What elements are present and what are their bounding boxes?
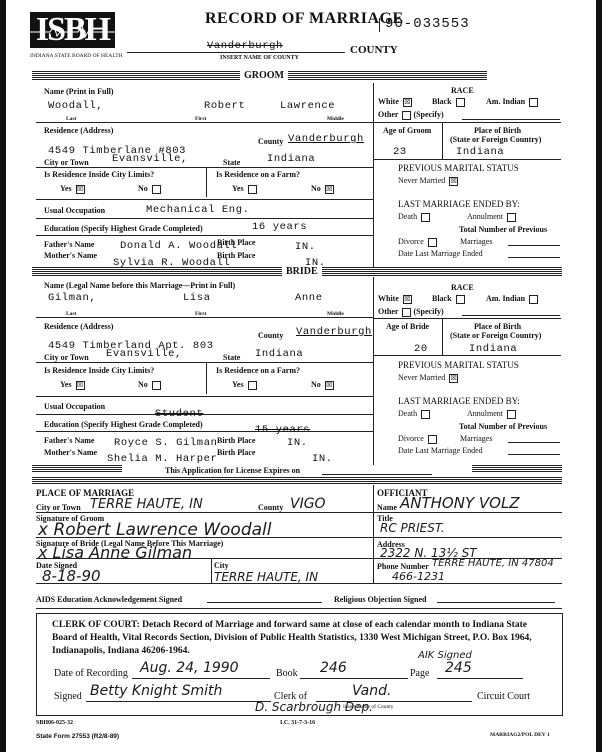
no-label: No [138, 380, 148, 389]
groom-city-limits-label: Is Residence Inside City Limits? [44, 170, 154, 179]
bride-age-label: Age of Bride [386, 322, 429, 331]
rule [86, 701, 271, 702]
checkbox[interactable]: ☒ [325, 185, 334, 194]
race-black-label: Black [432, 294, 452, 303]
bride-race-amindian[interactable]: Am. Indian [486, 294, 538, 304]
annulment-label: Annulment [467, 409, 503, 418]
bride-race-black[interactable]: Black [432, 294, 465, 304]
race-white-label: White [378, 294, 399, 303]
rule [36, 558, 373, 559]
form-code: SBH06-025-32 [36, 719, 73, 728]
birthplace-sub: (State or Foreign Country) [450, 135, 541, 144]
groom-county: Vanderburgh [288, 133, 364, 145]
page-title: RECORD OF MARRIAGE [205, 10, 404, 28]
deputy-signature: D. Scarbrough Dep. [255, 700, 373, 714]
birth-place-label: Birth Place [217, 448, 255, 457]
officiant-name-label: Name [377, 503, 397, 512]
race-black-label: Black [432, 97, 452, 106]
groom-education: 16 years [252, 221, 307, 233]
rule [132, 678, 270, 679]
bride-state-label: State [223, 353, 240, 362]
clerk-signature: Betty Knight Smith [90, 683, 222, 699]
specify-label: (Specify) [413, 110, 443, 119]
bride-signature: x Lisa Anne Gilman [38, 543, 192, 562]
bride-death[interactable]: Death [398, 409, 430, 419]
logo-subtitle: INDIANA STATE BOARD OF HEALTH [30, 52, 123, 61]
county-label: COUNTY [350, 44, 398, 56]
bride-farm-no[interactable]: No☒ [311, 380, 334, 390]
scan-edge-right [596, 0, 602, 752]
place-county: VIGO [290, 496, 326, 512]
checkbox[interactable]: ☒ [449, 177, 458, 186]
ic-code: I.C. 31-7-3-16 [280, 719, 315, 728]
groom-race-black[interactable]: Black [432, 97, 465, 107]
bride-mother-label: Mother's Name [44, 448, 97, 457]
checkbox[interactable] [402, 111, 411, 120]
county-value: Vanderburgh [207, 40, 283, 52]
checkbox[interactable] [152, 381, 161, 390]
groom-state-label: State [223, 158, 240, 167]
checkbox[interactable] [507, 410, 516, 419]
bride-city-limits-no[interactable]: No [138, 380, 161, 390]
marriages-label: Marriages [460, 237, 492, 246]
groom-farm-yes[interactable]: Yes [232, 184, 257, 194]
groom-section-label: GROOM [240, 70, 288, 82]
rule [36, 583, 562, 584]
rule [373, 537, 562, 538]
checkbox[interactable] [428, 238, 437, 247]
bride-last: Gilman, [48, 292, 96, 304]
bride-occupation-label: Usual Occupation [44, 402, 105, 411]
checkbox[interactable] [456, 98, 465, 107]
no-label: No [311, 380, 321, 389]
groom-race-white[interactable]: White☒ [378, 97, 412, 107]
checkbox[interactable] [529, 98, 538, 107]
groom-state: Indiana [267, 153, 315, 165]
bride-birthplace: Indiana [469, 343, 517, 355]
book-number: 246 [320, 660, 347, 676]
yes-label: Yes [232, 184, 244, 193]
license-expires-field[interactable] [322, 474, 432, 475]
place-county-label: County [258, 503, 283, 512]
rule [211, 558, 212, 583]
recording-date-label: Date of Recording [54, 668, 128, 680]
bride-state: Indiana [255, 348, 303, 360]
birthplace-sub: (State or Foreign Country) [450, 331, 541, 340]
rule [206, 167, 207, 197]
bride-father: Royce S. Gilman [114, 437, 218, 449]
bride-city-limits-label: Is Residence Inside City Limits? [44, 366, 154, 375]
book-label: Book [276, 668, 298, 680]
rule [373, 122, 561, 123]
religious-objection-field[interactable] [437, 602, 555, 603]
place-city-label: City or Town [36, 503, 81, 512]
groom-city: Evansville, [112, 153, 188, 165]
marriages-label: Marriages [460, 434, 492, 443]
checkbox[interactable] [456, 295, 465, 304]
clerk-of-county: Vand. [352, 683, 391, 699]
aids-ack-field[interactable] [207, 602, 322, 603]
checkbox[interactable] [421, 213, 430, 222]
groom-city-limits-yes[interactable]: Yes☒ [60, 184, 85, 194]
rule [36, 235, 373, 236]
checkbox[interactable]: ☒ [76, 185, 85, 194]
death-label: Death [398, 409, 417, 418]
checkbox[interactable] [421, 410, 430, 419]
groom-divorce[interactable]: Divorce [398, 237, 437, 247]
groom-farm-label: Is Residence on a Farm? [216, 170, 300, 179]
bride-never-married[interactable]: Never Married☒ [398, 373, 458, 383]
county-hint: INSERT NAME OF COUNTY [220, 54, 299, 63]
groom-father-birth: IN. [295, 241, 316, 253]
band-right [472, 465, 562, 473]
checkbox[interactable] [507, 213, 516, 222]
rule [508, 245, 560, 246]
city-label: City [214, 561, 229, 570]
groom-race-label: RACE [451, 86, 474, 95]
groom-city-label: City or Town [44, 158, 89, 167]
rule [373, 318, 561, 319]
groom-occupation: Mechanical Eng. [146, 204, 250, 216]
bride-city: Evansville, [106, 348, 182, 360]
bride-race-label: RACE [451, 283, 474, 292]
groom-education-label: Education (Specify Highest Grade Complet… [44, 224, 203, 233]
groom-farm-no[interactable]: No☒ [311, 184, 334, 194]
rule [437, 678, 523, 679]
date-last-label: Date Last Marriage Ended [398, 249, 483, 258]
bride-father-birth: IN. [287, 437, 308, 449]
aids-ack-label: AIDS Education Acknowledgement Signed [36, 595, 182, 604]
never-married-label: Never Married [398, 176, 445, 185]
rule [462, 119, 560, 120]
license-expires-label: This Application for License Expires on [165, 466, 300, 475]
recording-date: Aug. 24, 1990 [140, 660, 239, 676]
rule [300, 678, 408, 679]
yes-label: Yes [60, 184, 72, 193]
rule [36, 218, 373, 219]
rule [36, 608, 562, 609]
rule [36, 537, 373, 538]
place-city: TERRE HAUTE, IN [90, 497, 203, 512]
bride-father-label: Father's Name [44, 436, 94, 445]
page-number: 245 [445, 660, 472, 676]
rule [373, 485, 374, 583]
rule [508, 442, 560, 443]
bride-mother-birth: IN. [312, 453, 333, 465]
officiant-city: TERRE HAUTE, IN 47804 [432, 558, 554, 569]
page-label: Page [410, 668, 429, 680]
race-other-label: Other [378, 307, 398, 316]
birthplace-header: Place of Birth [474, 322, 521, 331]
birthplace-header: Place of Birth [474, 126, 521, 135]
rule [373, 159, 561, 160]
groom-never-married[interactable]: Never Married☒ [398, 176, 458, 186]
rule [36, 122, 373, 123]
checkbox[interactable]: ☒ [325, 381, 334, 390]
bride-prev-status-label: PREVIOUS MARITAL STATUS [398, 361, 519, 370]
rule [508, 454, 560, 455]
total-prev-label: Total Number of Previous [459, 422, 547, 431]
circuit-court-label: Circuit Court [477, 691, 530, 703]
bride-mother: Shelia M. Harper [107, 453, 217, 465]
bride-annulment[interactable]: Annulment [467, 409, 516, 419]
rule [36, 362, 373, 363]
bride-race-white[interactable]: White☒ [378, 294, 412, 304]
rule [36, 199, 373, 200]
bride-divorce[interactable]: Divorce [398, 434, 437, 444]
groom-prev-status-label: PREVIOUS MARITAL STATUS [398, 164, 519, 173]
groom-occupation-label: Usual Occupation [44, 206, 105, 215]
race-amindian-label: Am. Indian [486, 294, 525, 303]
rule [508, 257, 560, 258]
bride-farm-label: Is Residence on a Farm? [216, 366, 300, 375]
divorce-label: Divorce [398, 237, 424, 246]
bride-last-ended-label: LAST MARRIAGE ENDED BY: [398, 397, 520, 406]
total-prev-label: Total Number of Previous [459, 225, 547, 234]
state-form-number: State Form 27553 (R2/8-89) [36, 732, 119, 741]
checkbox[interactable]: ☒ [449, 374, 458, 383]
divorce-label: Divorce [398, 434, 424, 443]
bride-section-label: BRIDE [282, 266, 322, 278]
checkbox[interactable] [248, 185, 257, 194]
rule [36, 512, 373, 513]
yes-label: Yes [60, 380, 72, 389]
no-label: No [311, 184, 321, 193]
record-tick [379, 18, 380, 32]
bride-race-other[interactable]: Other (Specify) [378, 307, 444, 317]
heartbeat-line-icon [30, 24, 115, 38]
officiant-name: ANTHONY VOLZ [400, 494, 520, 512]
rule [373, 512, 562, 513]
rule [462, 315, 560, 316]
date-last-label: Date Last Marriage Ended [398, 446, 483, 455]
rule [373, 355, 561, 356]
checkbox[interactable]: ☒ [403, 98, 412, 107]
rule [206, 362, 207, 394]
specify-label: (Specify) [413, 307, 443, 316]
bride-education-label: Education (Specify Highest Grade Complet… [44, 420, 203, 429]
officiant-phone: 466-1231 [392, 570, 445, 583]
groom-first: Robert [204, 100, 245, 112]
never-married-label: Never Married [398, 373, 445, 382]
rule [36, 396, 373, 397]
county-line [127, 52, 345, 53]
groom-residence-label: Residence (Address) [44, 126, 113, 135]
bride-county-label: County [258, 331, 283, 340]
groom-name-label: Name (Print in Full) [44, 87, 114, 96]
checkbox[interactable]: ☒ [403, 295, 412, 304]
religious-objection-label: Religious Objection Signed [334, 595, 426, 604]
clerk-instructions: CLERK OF COURT: Detach Record of Marriag… [52, 619, 552, 658]
groom-annulment[interactable]: Annulment [467, 212, 516, 222]
groom-age-label: Age of Groom [383, 126, 431, 135]
form-footer-right: MARRIAG2/POL DEV 1 [490, 731, 550, 740]
groom-county-label: County [258, 137, 283, 146]
bride-age: 20 [414, 343, 428, 355]
rule [442, 122, 443, 159]
bride-city-limits-yes[interactable]: Yes☒ [60, 380, 85, 390]
no-label: No [138, 184, 148, 193]
bride-county: Vanderburgh [296, 326, 372, 338]
groom-race-amindian[interactable]: Am. Indian [486, 97, 538, 107]
rule [36, 431, 373, 432]
bride-first: Lisa [183, 292, 211, 304]
checkbox[interactable] [529, 295, 538, 304]
groom-last-ended-label: LAST MARRIAGE ENDED BY: [398, 200, 520, 209]
signed-city: TERRE HAUTE, IN [214, 570, 318, 584]
officiant-title: RC PRIEST. [380, 521, 445, 535]
bride-city-label: City or Town [44, 353, 89, 362]
bride-education: 15 years [255, 424, 310, 436]
place-band [32, 477, 562, 485]
groom-city-limits-no[interactable]: No [138, 184, 161, 194]
rule [442, 318, 443, 355]
checkbox[interactable]: ☒ [76, 381, 85, 390]
groom-father-label: Father's Name [44, 240, 94, 249]
rule [36, 167, 373, 168]
scan-edge-left [0, 0, 6, 752]
bride-middle: Anne [295, 292, 323, 304]
band-left [32, 465, 122, 473]
groom-birthplace: Indiana [456, 146, 504, 158]
groom-mother-label: Mother's Name [44, 251, 97, 260]
bride-farm-yes[interactable]: Yes [232, 380, 257, 390]
groom-race-other[interactable]: Other (Specify) [378, 110, 444, 120]
groom-age: 23 [393, 146, 407, 158]
record-number: 90-033553 [385, 16, 470, 32]
birth-place-label: Birth Place [217, 238, 255, 247]
signed-label: Signed [54, 691, 82, 703]
checkbox[interactable] [402, 308, 411, 317]
annulment-label: Annulment [467, 212, 503, 221]
checkbox[interactable] [248, 381, 257, 390]
race-white-label: White [378, 97, 399, 106]
birth-place-label: Birth Place [217, 436, 255, 445]
checkbox[interactable] [428, 435, 437, 444]
rule [36, 414, 373, 415]
groom-last: Woodall, [48, 100, 103, 112]
bride-name-label: Name (Legal Name before this Marriage—Pr… [44, 281, 235, 290]
bride-residence-label: Residence (Address) [44, 322, 113, 331]
death-label: Death [398, 212, 417, 221]
groom-death[interactable]: Death [398, 212, 430, 222]
checkbox[interactable] [152, 185, 161, 194]
rule [36, 317, 373, 318]
yes-label: Yes [232, 380, 244, 389]
race-amindian-label: Am. Indian [486, 97, 525, 106]
groom-middle: Lawrence [280, 100, 335, 112]
race-other-label: Other [378, 110, 398, 119]
